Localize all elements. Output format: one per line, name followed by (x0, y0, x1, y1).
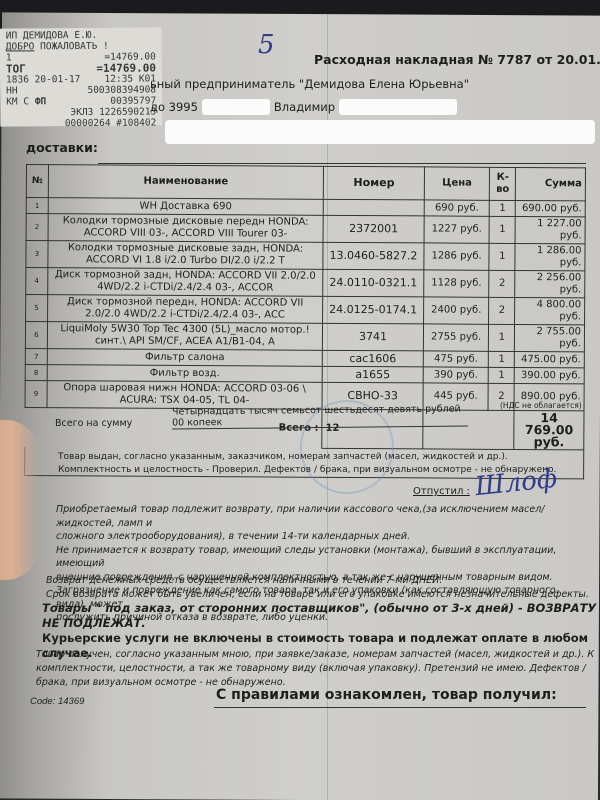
refund-policy: Возврат денежных средств осуществляется … (46, 574, 589, 601)
title-prefix: Расходная накладная № (314, 52, 493, 67)
address-start: до 3995 (150, 100, 198, 114)
row-sum: 1 227.00 руб. (515, 216, 585, 243)
row-price: 2400 руб. (423, 297, 489, 324)
receipt-doc-no: 00000264 #108402 (6, 117, 156, 129)
row-no: 8 (25, 364, 47, 380)
delivery-label: доставки: (26, 140, 98, 155)
row-price: 475 руб. (423, 351, 489, 367)
address: до 3995 Владимир (150, 99, 457, 115)
header-price: Цена (424, 167, 490, 200)
sum-in-words: Четырнадцать тысяч семьсот шестьдесят де… (172, 403, 468, 429)
table-row: 6LiquiMoly 5W30 Top Tec 4300 (5L)_масло … (25, 322, 584, 352)
redaction (165, 120, 595, 144)
header-name: Наименование (48, 165, 324, 200)
row-price: 1286 руб. (424, 243, 490, 270)
document-title: Расходная накладная № 7787 от 20.01.2017 (314, 52, 600, 67)
row-qty: 2 (489, 297, 515, 324)
table-header: № Наименование Номер Цена К-во Сумма (26, 165, 585, 201)
row-price: 690 руб. (424, 200, 490, 216)
row-name: Диск тормозной передн, HONDA: ACCORD VII… (47, 295, 323, 324)
receipt-fp-label: ФП (35, 96, 47, 107)
row-price: 390 руб. (423, 367, 489, 383)
invoice-number: 7787 (497, 52, 532, 67)
row-sum: 475.00 руб. (515, 351, 585, 367)
vat-note: (НДС не облагается) (500, 401, 582, 410)
row-name: Колодки тормозные дисковые передн HONDA:… (48, 214, 324, 243)
row-number: 2372001 (323, 215, 424, 243)
agreement-line (214, 707, 586, 708)
receipt-inn-value: 500308394908 (87, 84, 156, 95)
issued-line: Товар выдан, согласно указанным, заказчи… (58, 451, 556, 464)
header-sum: Сумма (516, 167, 586, 200)
row-qty: 2 (489, 270, 515, 297)
receipt-date: 1836 20-01-17 (6, 74, 80, 86)
row-name: Фильтр салона (47, 349, 322, 367)
row-name: Фильтр возд. (47, 365, 322, 383)
row-price: 2755 руб. (423, 324, 489, 351)
receipt-inn-label: НН (6, 85, 18, 96)
seller-name: ьный предприниматель "Демидова Елена Юрь… (150, 77, 469, 91)
row-no: 4 (26, 268, 48, 295)
row-price: 1128 руб. (424, 270, 490, 297)
receipt-welcome-rest: ПОЖАЛОВАТЬ ! (34, 41, 108, 53)
cash-receipt: ИП ДЕМИДОВА Е.Ю. ДОБРО ПОЖАЛОВАТЬ ! 1=14… (0, 27, 162, 126)
refund-line: Срок возврата может быть увеличен, если … (46, 588, 589, 602)
row-name: Колодки тормозные дисковые задн, HONDA: … (48, 241, 324, 270)
handwritten-number: 5 (258, 30, 275, 60)
invoice-date: от 20.01. (536, 52, 600, 67)
row-no: 5 (26, 295, 48, 322)
refund-line: Возврат денежных средств осуществляется … (46, 574, 589, 588)
row-no: 1 (26, 198, 48, 214)
total-sum: 14 769.00 руб. (514, 410, 584, 449)
row-sum: 4 800.00 руб. (515, 297, 585, 324)
returns-line: Не принимается к возврату товар, имеющий… (56, 544, 576, 571)
row-number (323, 199, 424, 216)
row-number: 3741 (323, 323, 424, 351)
row-number: a1655 (322, 366, 423, 383)
finger (0, 420, 40, 580)
code-label: Code: 14369 (30, 696, 84, 707)
table-row: 2Колодки тормозные дисковые передн HONDA… (26, 214, 585, 244)
row-name: LiquiMoly 5W30 Top Tec 4300 (5L)_масло м… (47, 322, 323, 351)
row-number: 13.0460-5827.2 (323, 242, 424, 270)
released-label: Отпустил : (413, 486, 470, 497)
redaction (202, 99, 270, 115)
table-row: 5Диск тормозной передн, HONDA: ACCORD VI… (26, 295, 585, 325)
row-qty: 1 (489, 367, 515, 383)
receipt-total-amount: =14769.00 (96, 62, 156, 73)
receipt-total-label: ТОГ (6, 63, 26, 74)
header-qty: К-во (490, 167, 516, 200)
delivery-line (98, 163, 586, 164)
row-qty: 1 (489, 243, 515, 270)
row-sum: 2 256.00 руб. (515, 270, 585, 297)
received-text: Товар получен, согласно указанным мною, … (36, 648, 594, 690)
receipt-km-label: КМ С (6, 96, 29, 107)
row-sum: 2 755.00 руб. (515, 324, 585, 351)
returns-line: Приобретаемый товар подлежит возврату, п… (56, 503, 576, 530)
row-qty: 1 (489, 351, 515, 367)
row-name: Диск тормозной задн, HONDA: ACCORD VII 2… (48, 268, 324, 297)
order-goods-line: Товары " под заказ, от сторонних поставщ… (42, 601, 600, 631)
row-price: 1227 руб. (424, 216, 490, 243)
row-qty: 1 (490, 200, 516, 216)
address-city: Владимир (274, 100, 335, 114)
header-no: № (26, 165, 48, 198)
receipt-time: 12:35 К01 (104, 73, 156, 84)
sum-label: Всего на сумму (55, 418, 132, 429)
row-sum: 1 286.00 руб. (515, 243, 585, 270)
row-no: 2 (26, 214, 48, 241)
row-sum: 390.00 руб. (515, 367, 585, 383)
redaction (339, 99, 457, 115)
receipt-welcome-underlined: ДОБРО (6, 41, 35, 52)
row-number: 24.0110-0321.1 (323, 269, 424, 297)
row-number: cac1606 (322, 350, 423, 367)
row-no: 7 (25, 348, 47, 364)
returns-line: сложного электрооборудования), в течении… (56, 530, 576, 544)
table-row: 4Диск тормозной задн, HONDA: ACCORD VII … (26, 268, 585, 298)
received-line: комплектности, целостности, а так же тов… (36, 662, 594, 676)
header-number: Номер (323, 166, 424, 200)
table-row: 3Колодки тормозные дисковые задн, HONDA:… (26, 241, 585, 271)
row-no: 3 (26, 241, 48, 268)
row-qty: 1 (489, 216, 515, 243)
agreement-label: С правилами ознакомлен, товар получил: (216, 687, 557, 703)
row-no: 9 (25, 380, 47, 407)
row-qty: 1 (489, 324, 515, 351)
row-number: 24.0125-0174.1 (323, 296, 424, 324)
received-line: Товар получен, согласно указанным мною, … (36, 648, 594, 662)
row-no: 6 (25, 322, 47, 349)
row-sum: 690.00 руб. (516, 200, 586, 216)
row-name: WH Доставка 690 (48, 198, 323, 216)
